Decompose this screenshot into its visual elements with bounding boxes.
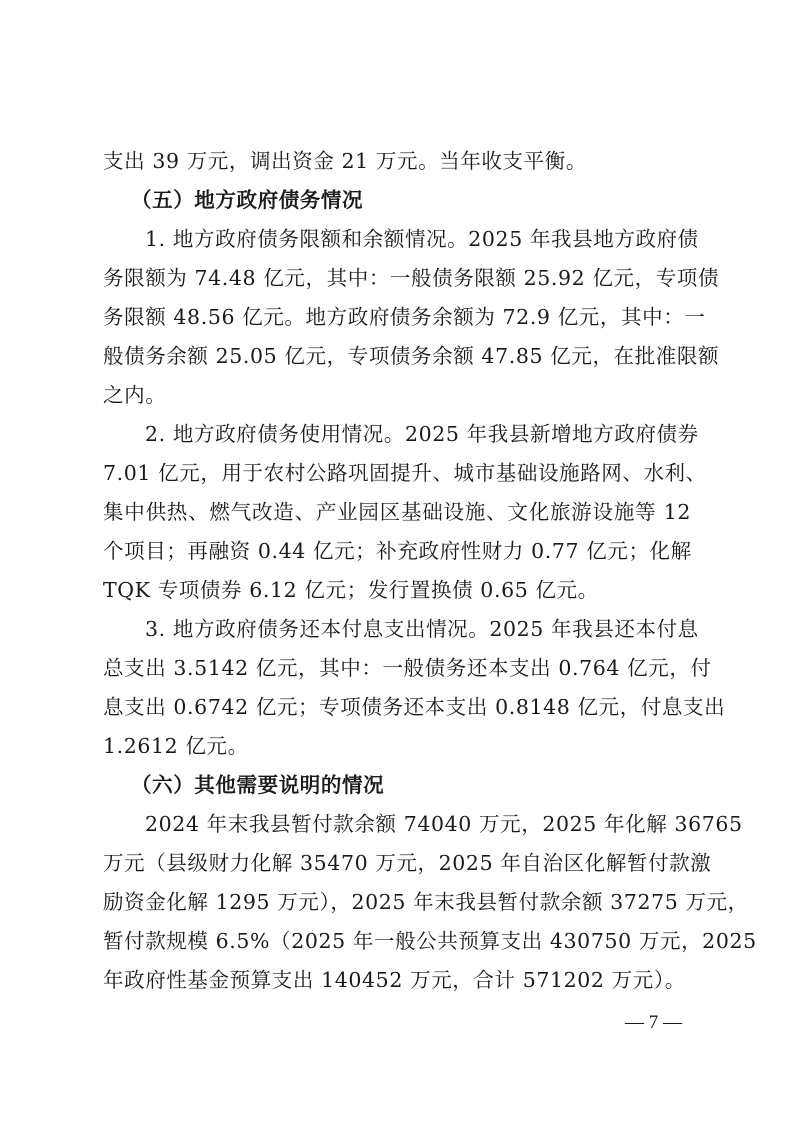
paragraph-line: 务限额 48.56 亿元。地方政府债务余额为 72.9 亿元，其中：一: [103, 298, 691, 337]
section-heading-debt: （五）地方政府债务情况: [103, 181, 691, 220]
paragraph-advance-payments: 2024 年末我县暂付款余额 74040 万元，2025 年化解 36765 万…: [103, 805, 691, 1000]
paragraph-line: 1.2612 亿元。: [103, 727, 691, 766]
paragraph-line: 之内。: [103, 376, 691, 415]
paragraph-line: 年政府性基金预算支出 140452 万元，合计 571202 万元）。: [103, 961, 691, 1000]
paragraph-line: 般债务余额 25.05 亿元，专项债务余额 47.85 亿元，在批准限额: [103, 337, 691, 376]
paragraph-debt-limit-balance: 1. 地方政府债务限额和余额情况。2025 年我县地方政府债 务限额为 74.4…: [103, 220, 691, 415]
paragraph-line: 务限额为 74.48 亿元，其中：一般债务限额 25.92 亿元，专项债: [103, 259, 691, 298]
paragraph-line: 息支出 0.6742 亿元；专项债务还本支出 0.8148 亿元，付息支出: [103, 688, 691, 727]
paragraph-line: 3. 地方政府债务还本付息支出情况。2025 年我县还本付息: [103, 610, 691, 649]
paragraph-line: TQK 专项债券 6.12 亿元；发行置换债 0.65 亿元。: [103, 571, 691, 610]
continuation-line: 支出 39 万元，调出资金 21 万元。当年收支平衡。: [103, 142, 691, 181]
paragraph-line: 个项目；再融资 0.44 亿元；补充政府性财力 0.77 亿元；化解: [103, 532, 691, 571]
paragraph-line: 2. 地方政府债务使用情况。2025 年我县新增地方政府债券: [103, 415, 691, 454]
paragraph-debt-usage: 2. 地方政府债务使用情况。2025 年我县新增地方政府债券 7.01 亿元，用…: [103, 415, 691, 610]
page-number: — 7 —: [625, 1012, 682, 1034]
paragraph-line: 总支出 3.5142 亿元，其中：一般债务还本支出 0.764 亿元，付: [103, 649, 691, 688]
paragraph-debt-repayment: 3. 地方政府债务还本付息支出情况。2025 年我县还本付息 总支出 3.514…: [103, 610, 691, 766]
paragraph-line: 暂付款规模 6.5%（2025 年一般公共预算支出 430750 万元，2025: [103, 922, 691, 961]
paragraph-line: 2024 年末我县暂付款余额 74040 万元，2025 年化解 36765: [103, 805, 691, 844]
paragraph-line: 1. 地方政府债务限额和余额情况。2025 年我县地方政府债: [103, 220, 691, 259]
paragraph-line: 7.01 亿元，用于农村公路巩固提升、城市基础设施路网、水利、: [103, 454, 691, 493]
paragraph-line: 集中供热、燃气改造、产业园区基础设施、文化旅游设施等 12: [103, 493, 691, 532]
section-heading-other: （六）其他需要说明的情况: [103, 766, 691, 805]
paragraph-line: 励资金化解 1295 万元），2025 年末我县暂付款余额 37275 万元，: [103, 883, 691, 922]
paragraph-line: 万元（县级财力化解 35470 万元，2025 年自治区化解暂付款激: [103, 844, 691, 883]
document-page: 支出 39 万元，调出资金 21 万元。当年收支平衡。 （五）地方政府债务情况 …: [103, 142, 691, 1000]
